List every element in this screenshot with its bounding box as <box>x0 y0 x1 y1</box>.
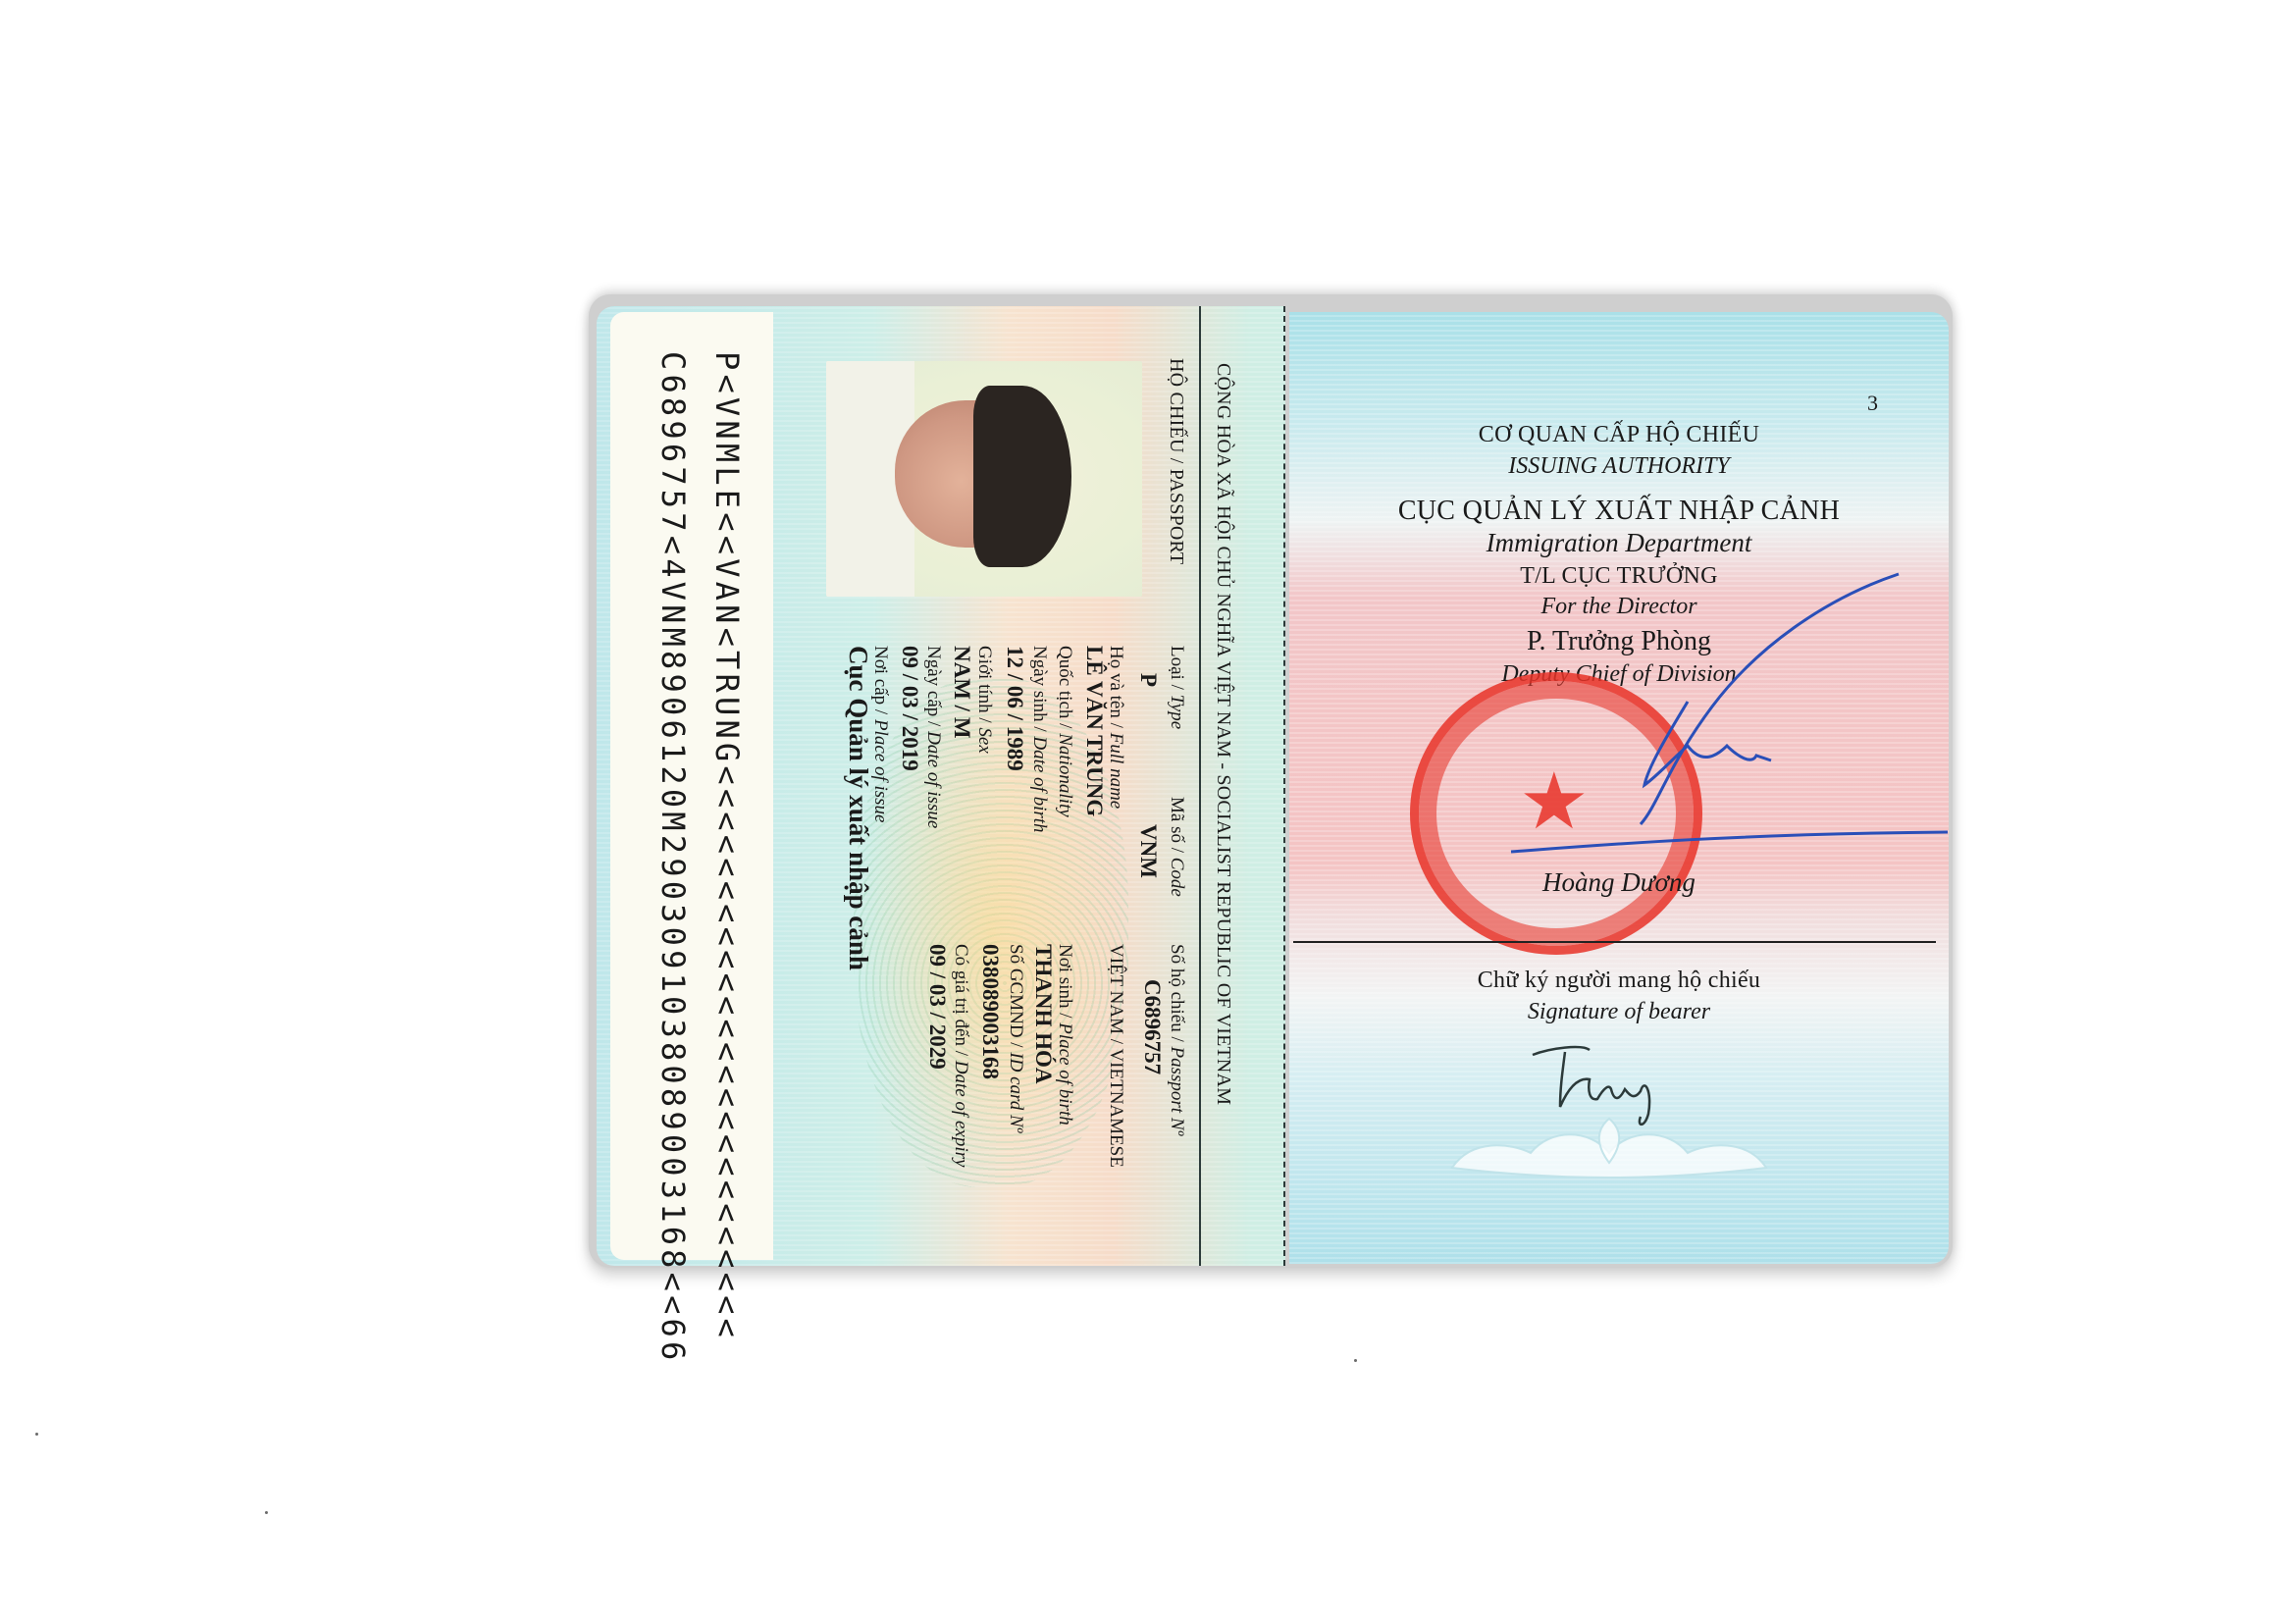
lotus-cloud-ornament-icon <box>0 0 2296 1623</box>
